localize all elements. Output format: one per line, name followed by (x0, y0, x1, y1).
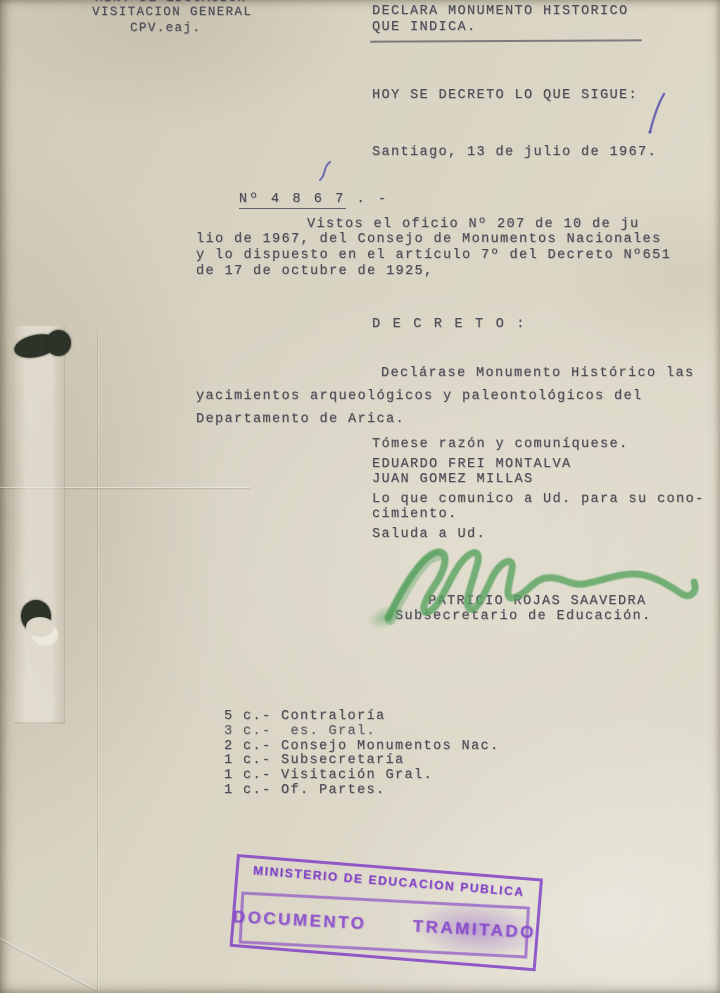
subject-underline (370, 39, 642, 42)
stamp-ink-smudge (410, 896, 544, 962)
resolution-line-3: Departamento de Arica. (196, 412, 405, 428)
resolution-line-1: Declárase Monumento Histórico las (381, 366, 695, 382)
pen-check-mark (640, 88, 670, 138)
signer-president: EDUARDO FREI MONTALVA (372, 457, 572, 473)
decreto-heading: D E C R E T O : (372, 317, 527, 333)
distribution-item: 1 c.- Subsecretaría (224, 754, 500, 769)
distribution-item: 3 c.- es. Gral. (224, 725, 500, 740)
considerando-line-1: Vistos el oficio Nº 207 de 10 de ju (307, 217, 640, 233)
tape-strip (14, 326, 65, 724)
decree-intro: HOY SE DECRETO LO QUE SIGUE: (372, 88, 638, 104)
corner-crease (0, 938, 97, 991)
signer-minister: JUAN GOMEZ MILLAS (372, 472, 534, 488)
dateline: Santiago, 13 de julio de 1967. (372, 145, 657, 161)
comunico-line-1: Lo que comunico a Ud. para su cono- (372, 492, 705, 508)
decree-number-suffix: . - (346, 192, 389, 207)
distribution-item: 1 c.- Of. Partes. (224, 784, 500, 799)
pen-tick-mark (314, 160, 338, 184)
ink-blot (46, 330, 71, 356)
handwritten-signature (378, 534, 708, 629)
letterhead-office: VISITACION GENERAL (92, 4, 252, 20)
considerando-line-3: y lo dispuesto en el artículo 7º del Dec… (196, 248, 671, 264)
paper-tear-cover (26, 617, 54, 637)
subject-line-2: QUE INDICA. (372, 20, 477, 36)
subject-line-1: DECLARA MONUMENTO HISTORICO (372, 4, 629, 20)
scanned-decree-document: MIN. DE EDUCACION VISITACION GENERAL CPV… (0, 0, 720, 993)
decree-number: Nº 4 8 6 7 (239, 192, 346, 209)
tomese-razon: Tómese razón y comuníquese. (372, 437, 629, 453)
resolution-line-2: yacimientos arqueológicos y paleontológi… (196, 389, 643, 405)
letterhead-initials: CPV.eaj. (130, 20, 201, 36)
distribution-list: 5 c.- Contraloría 3 c.- es. Gral. 2 c.- … (224, 710, 500, 799)
considerando-line-4: de 17 de octubre de 1925, (196, 264, 434, 280)
ministry-rubber-stamp: MINISTERIO DE EDUCACION PUBLICA DOCUMENT… (230, 854, 543, 971)
distribution-item: 1 c.- Visitación Gral. (224, 769, 500, 784)
vertical-crease (97, 330, 98, 993)
considerando-line-2: lio de 1967, del Consejo de Monumentos N… (196, 232, 662, 248)
distribution-item: 5 c.- Contraloría (224, 710, 500, 725)
comunico-line-2: cimiento. (372, 507, 458, 523)
